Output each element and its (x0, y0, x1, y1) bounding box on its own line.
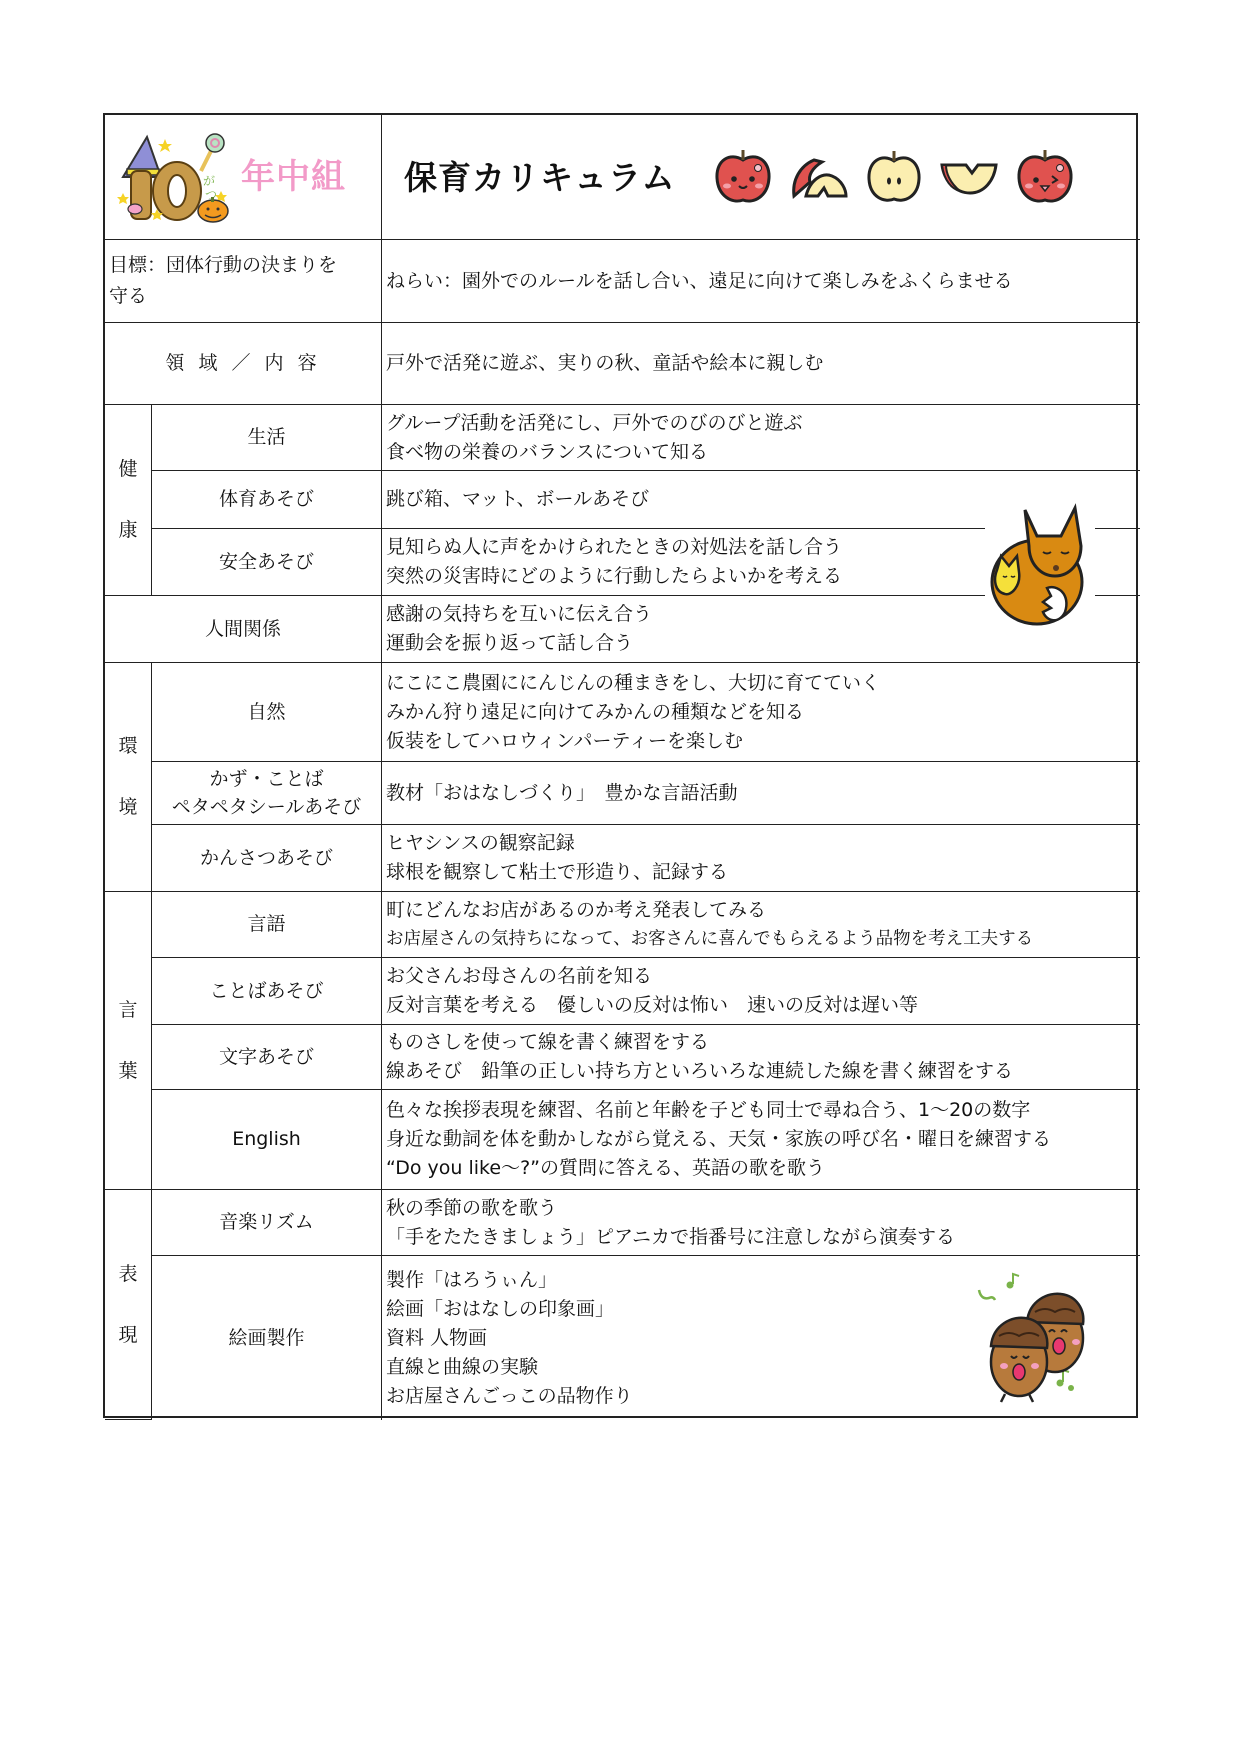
content-line: お父さんお母さんの名前を知る (386, 962, 1140, 991)
content-kaiga: 製作「はろうぃん」 絵画「おはなしの印象画」 資料 人物画 直線と曲線の実験 お… (382, 1256, 1140, 1420)
domain-content-text: 戸外で活発に遊ぶ、実りの秋、童話や絵本に親しむ (386, 347, 1140, 380)
content-gengo: 町にどんなお店があるのか考え発表してみる お店屋さんの気持ちになって、お客さんに… (382, 892, 1140, 958)
content-line: 跳び箱、マット、ボールあそび (386, 483, 1140, 516)
content-ongaku: 秋の季節の歌を歌う 「手をたたきましょう」ピアニカで指番号に注意しながら演奏する (382, 1190, 1140, 1256)
title-header: 保育カリキュラム (382, 115, 1140, 240)
content-line: 教材「おはなしづくり」 豊かな言語活動 (386, 777, 1140, 810)
content-line: 「手をたたきましょう」ピアニカで指番号に注意しながら演奏する (386, 1223, 1140, 1252)
category-health: 健 康 (105, 405, 152, 596)
domain-content: 戸外で活発に遊ぶ、実りの秋、童話や絵本に親しむ (382, 323, 1140, 405)
goal-cell: 目標：団体行動の決まりを 守る (105, 240, 382, 323)
content-line: 仮装をしてハロウィンパーティーを楽しむ (386, 727, 1140, 756)
content-line: 線あそび 鉛筆の正しい持ち方といろいろな連続した線を書く練習をする (386, 1057, 1140, 1086)
content-line: 色々な挨拶表現を練習、名前と年齢を子ども同士で尋ね合う、1～20の数字 (386, 1096, 1140, 1125)
class-name: 年中組 (241, 161, 346, 194)
subject-gengo: 言語 (152, 892, 382, 958)
content-line: 球根を観察して粘土で形造り、記録する (386, 858, 1140, 887)
goal-label-line-2: 守る (109, 281, 381, 312)
domain-header: 領 域 ／ 内 容 (105, 323, 382, 405)
content-ningen-kankei: 感謝の気持ちを互いに伝え合う 運動会を振り返って話し合う (382, 596, 1140, 663)
month-class-header: が つ 年中組 (105, 115, 382, 240)
content-line: 町にどんなお店があるのか考え発表してみる (386, 896, 1140, 925)
content-line: みかん狩り遠足に向けてみかんの種類などを知る (386, 698, 1140, 727)
subject-kotoba-asobi: ことばあそび (152, 958, 382, 1025)
content-taiiku: 跳び箱、マット、ボールあそび (382, 471, 1140, 529)
aim-cell: ねらい：園外でのルールを話し合い、遠足に向けて楽しみをふくらませる (382, 240, 1140, 323)
curriculum-page: が つ 年中組 保育カリキュラム (0, 0, 1240, 1755)
subject-taiiku: 体育あそび (152, 471, 382, 529)
apple-face-icon (712, 148, 774, 206)
subject-kaiga: 絵画製作 (152, 1256, 382, 1420)
subject-kansatsu: かんさつあそび (152, 825, 382, 892)
category-char: 健 (118, 453, 137, 486)
category-char: 境 (118, 791, 137, 824)
svg-text:が: が (203, 174, 215, 188)
subject-ningen-kankei: 人間関係 (105, 596, 382, 663)
aim-text: ねらい：園外でのルールを話し合い、遠足に向けて楽しみをふくらませる (386, 265, 1140, 298)
content-line: 直線と曲線の実験 (386, 1353, 1140, 1382)
october-badge-icon: が つ (117, 131, 235, 223)
subject-anzen: 安全あそび (152, 529, 382, 596)
content-line: ものさしを使って線を書く練習をする (386, 1028, 1140, 1057)
content-line: “Do you like～?”の質問に答える、英語の歌を歌う (386, 1154, 1140, 1183)
goal-label-line-1: 目標：団体行動の決まりを (109, 250, 381, 281)
subject-moji-asobi: 文字あそび (152, 1025, 382, 1090)
category-char: 表 (118, 1258, 137, 1291)
content-line: にこにこ農園ににんじんの種まきをし、大切に育てていく (386, 669, 1140, 698)
content-line: グループ活動を活発にし、戸外でのびのびと遊ぶ (386, 409, 1140, 438)
curriculum-table: が つ 年中組 保育カリキュラム (103, 113, 1138, 1418)
content-kazu-kotoba: 教材「おはなしづくり」 豊かな言語活動 (382, 762, 1140, 825)
content-line: 突然の災害時にどのように行動したらよいかを考える (386, 562, 1140, 591)
content-line: 絵画「おはなしの印象画」 (386, 1295, 1140, 1324)
content-line: お店屋さんごっこの品物作り (386, 1382, 1140, 1411)
category-expression: 表 現 (105, 1190, 152, 1420)
content-english: 色々な挨拶表現を練習、名前と年齢を子ども同士で尋ね合う、1～20の数字 身近な動… (382, 1090, 1140, 1190)
content-line: 身近な動詞を体を動かしながら覚える、天気・家族の呼び名・曜日を練習する (386, 1125, 1140, 1154)
category-char: 環 (118, 730, 137, 763)
subject-english: English (152, 1090, 382, 1190)
apple-half-icon (864, 149, 924, 205)
content-line: 製作「はろうぃん」 (386, 1266, 1140, 1295)
category-language: 言 葉 (105, 892, 152, 1190)
content-line: お店屋さんの気持ちになって、お客さんに喜んでもらえるよう品物を考え工夫する (386, 925, 1140, 954)
content-line: 見知らぬ人に声をかけられたときの対処法を話し合う (386, 533, 1140, 562)
category-char: 現 (118, 1319, 137, 1352)
category-char: 葉 (118, 1055, 137, 1088)
content-line: 反対言葉を考える 優しいの反対は怖い 速いの反対は遅い等 (386, 991, 1140, 1020)
content-line: 食べ物の栄養のバランスについて知る (386, 438, 1140, 467)
content-line: 資料 人物画 (386, 1324, 1140, 1353)
content-moji-asobi: ものさしを使って線を書く練習をする 線あそび 鉛筆の正しい持ち方といろいろな連続… (382, 1025, 1140, 1090)
content-line: ヒヤシンスの観察記録 (386, 829, 1140, 858)
subject-line: ペタペタシールあそび (172, 793, 362, 821)
content-anzen: 見知らぬ人に声をかけられたときの対処法を話し合う 突然の災害時にどのように行動し… (382, 529, 1140, 596)
category-environment: 環 境 (105, 663, 152, 892)
content-line: 感謝の気持ちを互いに伝え合う (386, 600, 1140, 629)
content-kotoba-asobi: お父さんお母さんの名前を知る 反対言葉を考える 優しいの反対は怖い 速いの反対は… (382, 958, 1140, 1025)
content-line: 運動会を振り返って話し合う (386, 629, 1140, 658)
category-char: 言 (118, 994, 137, 1027)
apple-decorations (712, 148, 1076, 206)
apple-peel-icon (788, 152, 850, 202)
subject-line: かず・ことば (209, 765, 323, 793)
content-kansatsu: ヒヤシンスの観察記録 球根を観察して粘土で形造り、記録する (382, 825, 1140, 892)
subject-shizen: 自然 (152, 663, 382, 762)
subject-kazu-kotoba: かず・ことば ペタペタシールあそび (152, 762, 382, 825)
content-line: 秋の季節の歌を歌う (386, 1194, 1140, 1223)
subject-seikatsu: 生活 (152, 405, 382, 471)
page-title: 保育カリキュラム (404, 161, 676, 194)
apple-wink-icon (1014, 148, 1076, 206)
content-seikatsu: グループ活動を活発にし、戸外でのびのびと遊ぶ 食べ物の栄養のバランスについて知る (382, 405, 1140, 471)
subject-ongaku: 音楽リズム (152, 1190, 382, 1256)
content-shizen: にこにこ農園ににんじんの種まきをし、大切に育てていく みかん狩り遠足に向けてみか… (382, 663, 1140, 762)
apple-slice-icon (938, 155, 1000, 199)
category-char: 康 (118, 514, 137, 547)
